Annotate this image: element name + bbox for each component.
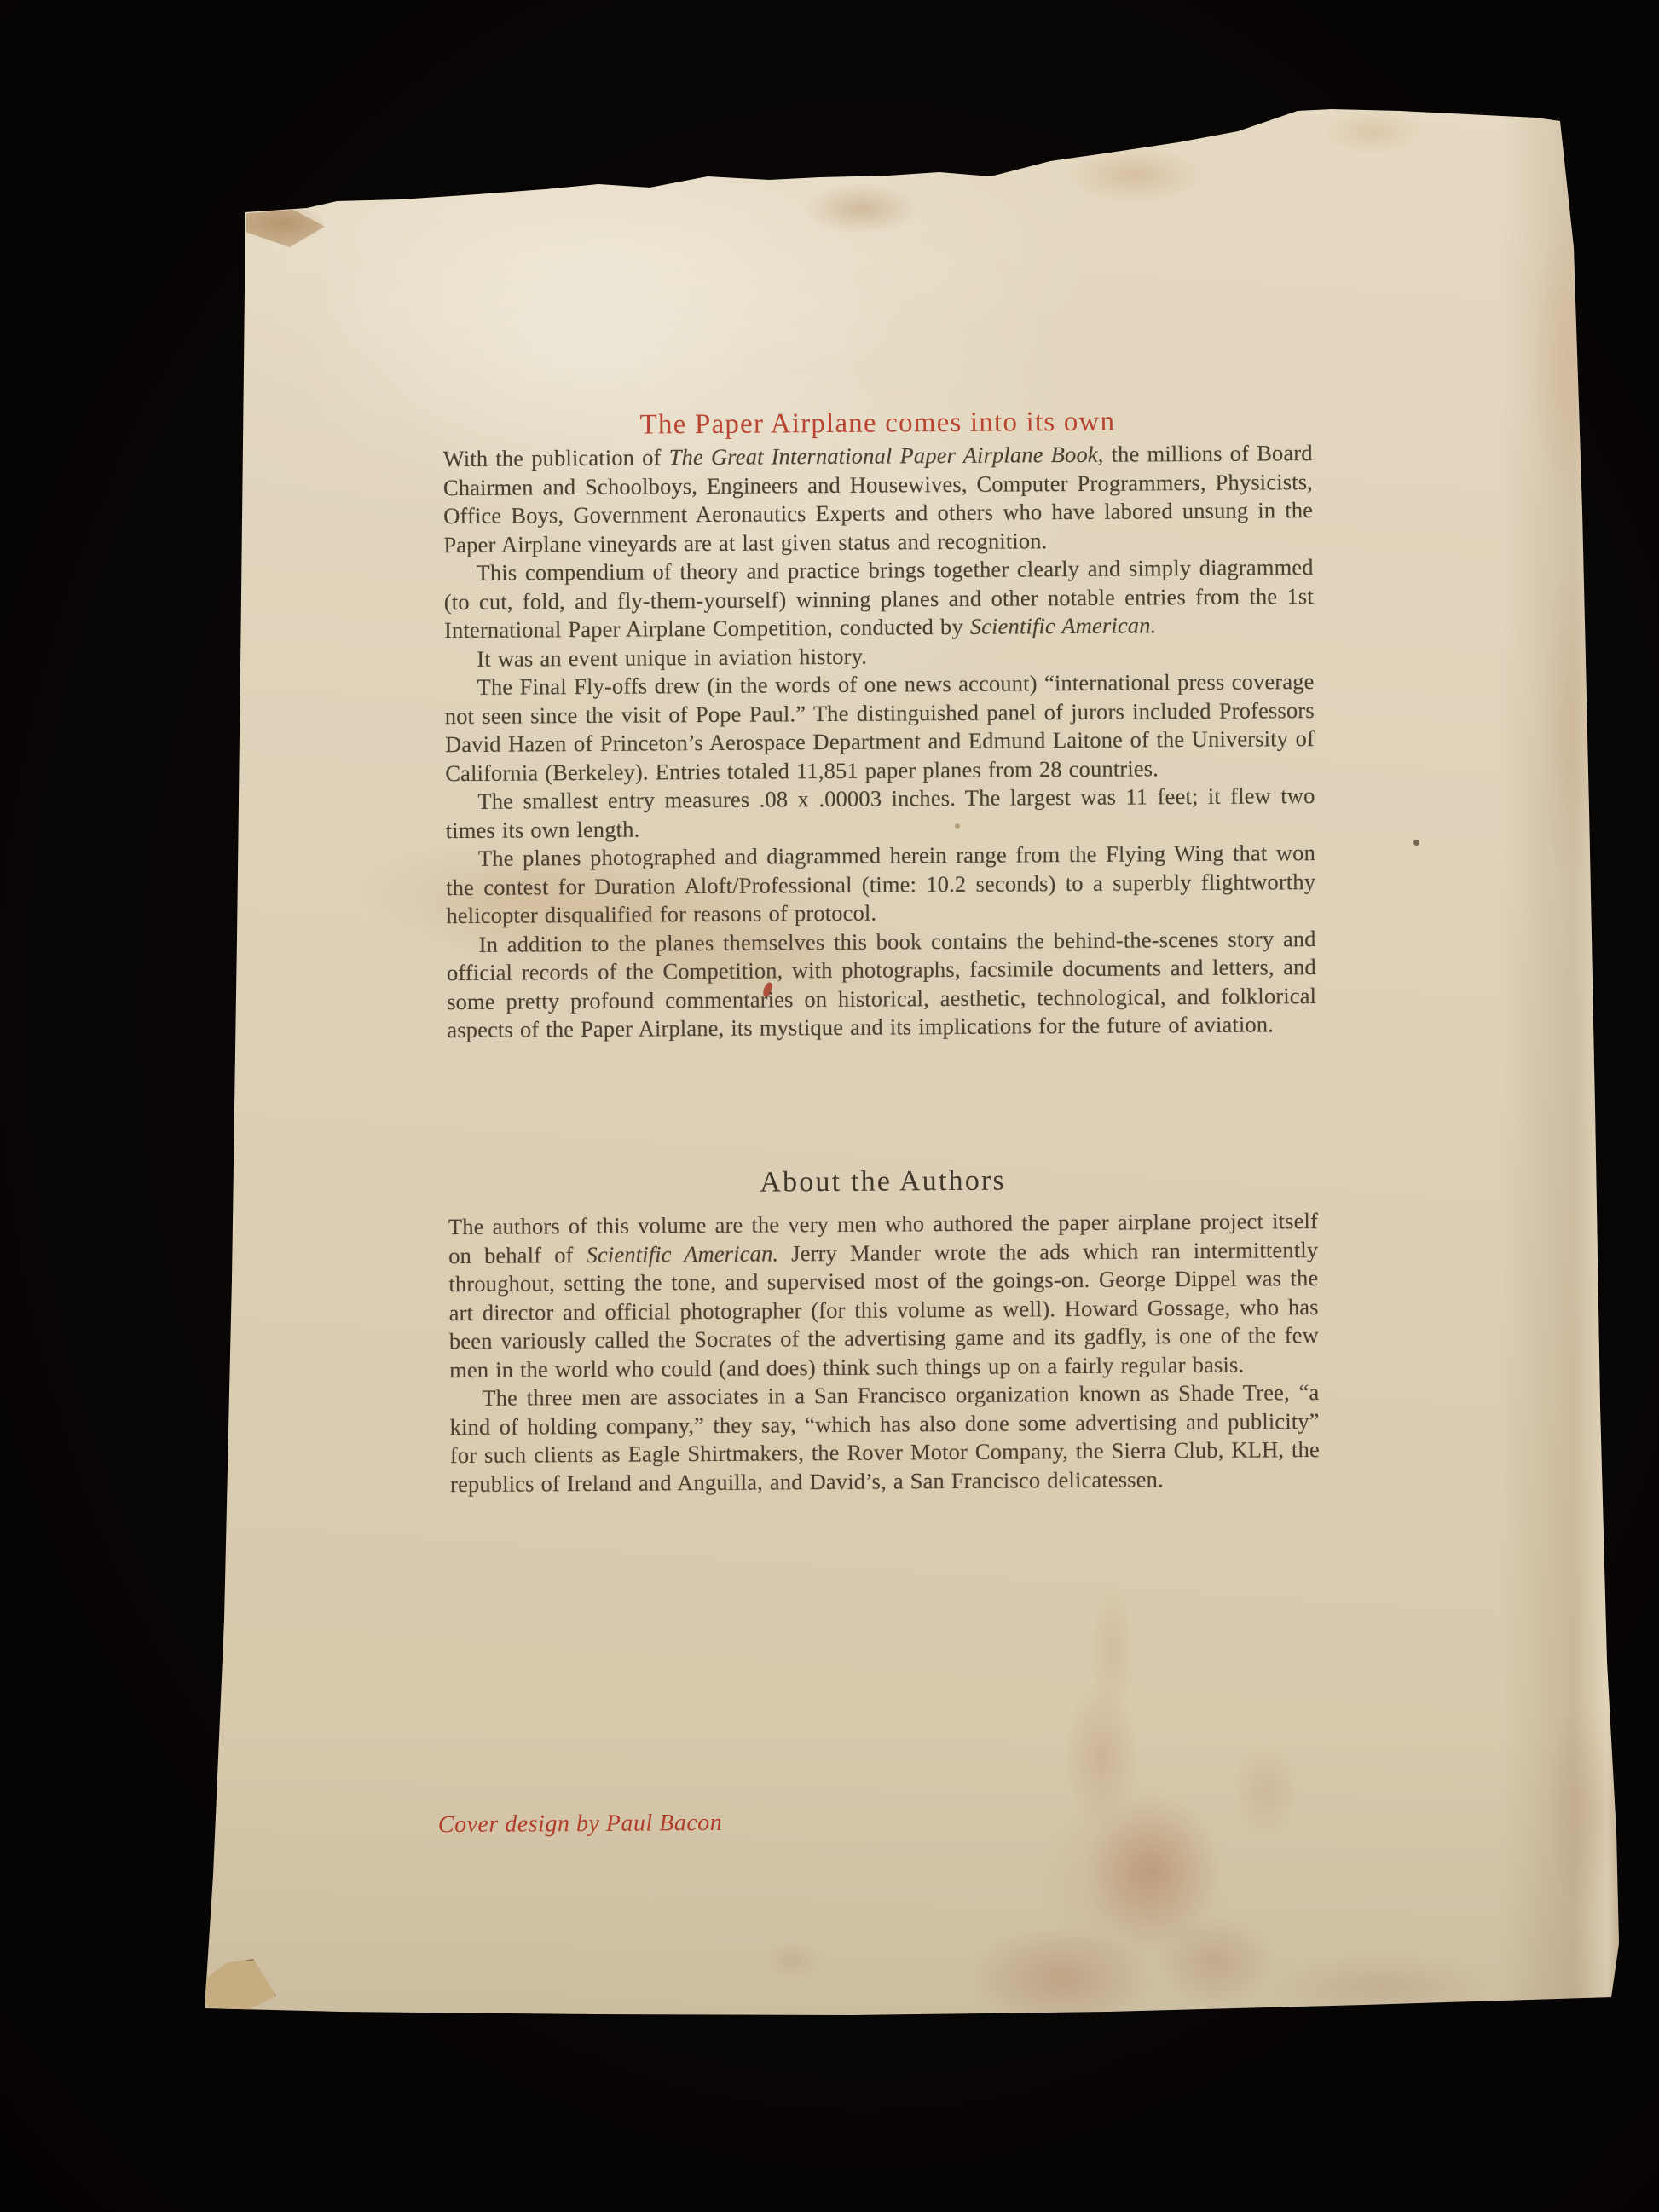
section-body-about-the-authors: The authors of this volume are the very … — [448, 1207, 1320, 1499]
paragraph: The planes photographed and diagrammed h… — [446, 839, 1316, 931]
section-body-paper-airplane: With the publication of The Great Intern… — [443, 439, 1317, 1045]
text-run: With the publication of — [443, 444, 669, 471]
printed-text: The Paper Airplane comes into its own Wi… — [0, 0, 1659, 2212]
paragraph: The smallest entry measures .08 x .00003… — [445, 782, 1315, 845]
italic-text-run: Scientific American. — [586, 1240, 778, 1268]
paragraph: The three men are associates in a San Fr… — [449, 1378, 1320, 1499]
italic-text-run: The Great International Paper Airplane B… — [669, 442, 1104, 471]
book-back-cover: The Paper Airplane comes into its own Wi… — [0, 0, 1659, 2212]
section-heading-about-the-authors: About the Authors — [448, 1162, 1317, 1202]
italic-text-run: Scientific American. — [970, 612, 1157, 639]
paragraph: In addition to the planes themselves thi… — [447, 925, 1317, 1045]
text-run: The three men are associates in a San Fr… — [450, 1379, 1320, 1497]
dark-dash-mark — [220, 1086, 233, 1090]
paragraph: This compendium of theory and practice b… — [444, 553, 1315, 645]
text-run: The planes photographed and diagrammed h… — [446, 840, 1315, 928]
text-run: It was an event unique in aviation histo… — [477, 643, 867, 671]
text-run: The smallest entry measures .08 x .00003… — [446, 783, 1315, 843]
section-heading-paper-airplane: The Paper Airplane comes into its own — [442, 404, 1312, 442]
text-run: The Final Fly-offs drew (in the words of… — [445, 668, 1315, 786]
paragraph: With the publication of The Great Intern… — [443, 439, 1314, 559]
paragraph: The authors of this volume are the very … — [448, 1207, 1319, 1384]
text-run: In addition to the planes themselves thi… — [447, 926, 1316, 1043]
paragraph: The Final Fly-offs drew (in the words of… — [444, 667, 1315, 788]
cover-design-credit: Cover design by Paul Bacon — [438, 1810, 723, 1839]
text-run: This compendium of theory and practice b… — [444, 554, 1314, 643]
photo-background: The Paper Airplane comes into its own Wi… — [0, 0, 1659, 2212]
